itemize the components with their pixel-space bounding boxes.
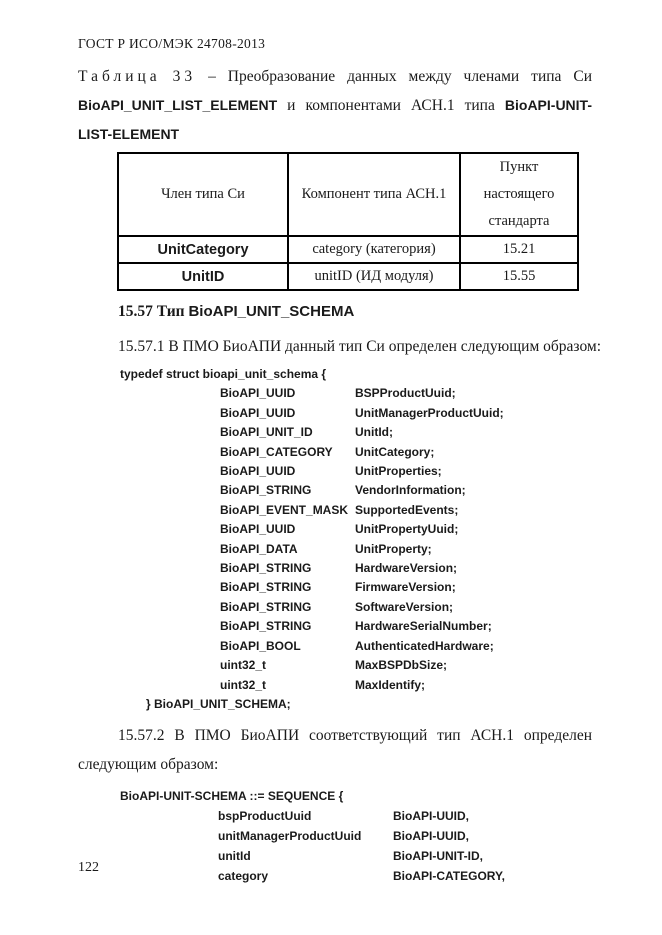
code-line-open: typedef struct bioapi_unit_schema { xyxy=(120,365,592,384)
code-line: BioAPI_UUIDUnitPropertyUuid; xyxy=(220,520,592,539)
code-type: BioAPI_UNIT_ID xyxy=(220,423,355,442)
conversion-table-wrap: Член типа Си Компонент типа АСН.1 Пункт … xyxy=(117,152,592,291)
code-member-name: UnitProperty; xyxy=(355,540,432,559)
code-type: uint32_t xyxy=(220,656,355,675)
table-header-member: Член типа Си xyxy=(118,153,288,236)
code-line: BioAPI_STRINGHardwareVersion; xyxy=(220,559,592,578)
caption-asn-type-name-part2: LIST-ELEMENT xyxy=(78,126,179,142)
code-member-name: AuthenticatedHardware; xyxy=(355,637,494,656)
code-member-name: UnitCategory; xyxy=(355,443,434,462)
code-member-name: SoftwareVersion; xyxy=(355,598,453,617)
code-line: BioAPI_STRINGHardwareSerialNumber; xyxy=(220,617,592,636)
table-row: UnitID unitID (ИД модуля) 15.55 xyxy=(118,263,578,290)
caption-dash: – xyxy=(208,68,216,85)
code-type: BioAPI_UUID xyxy=(220,404,355,423)
code-line: BioAPI_UUIDUnitManagerProductUuid; xyxy=(220,404,592,423)
code-type: BioAPI_STRING xyxy=(220,559,355,578)
cell-component: unitID (ИД модуля) xyxy=(288,263,460,290)
page-header: ГОСТ Р ИСО/МЭК 24708-2013 xyxy=(78,36,592,52)
code-line: categoryBioAPI-CATEGORY, xyxy=(218,866,592,886)
code-member-name: unitId xyxy=(218,846,393,866)
code-line: uint32_tMaxIdentify; xyxy=(220,676,592,695)
page-number: 122 xyxy=(78,860,99,876)
code-line: BioAPI_CATEGORYUnitCategory; xyxy=(220,443,592,462)
code-member-name: MaxBSPDbSize; xyxy=(355,656,447,675)
caption-c-type-name: BioAPI_UNIT_LIST_ELEMENT xyxy=(78,97,277,113)
caption-text: Преобразование данных между членами типа… xyxy=(228,68,592,85)
code-type: BioAPI_STRING xyxy=(220,617,355,636)
section-heading-type-name: BioAPI_UNIT_SCHEMA xyxy=(188,303,354,320)
code-type: BioAPI-UNIT-ID, xyxy=(393,846,483,866)
caption-line-3: LIST-ELEMENT xyxy=(78,120,592,149)
code-member-name: category xyxy=(218,866,393,886)
code-member-name: UnitManagerProductUuid; xyxy=(355,404,504,423)
caption-line-2: BioAPI_UNIT_LIST_ELEMENT и компонентами … xyxy=(78,91,592,120)
code-member-name: UnitProperties; xyxy=(355,462,442,481)
caption-line-1: Таблица 33 – Преобразование данных между… xyxy=(78,63,592,91)
code-type: BioAPI-UUID, xyxy=(393,826,469,846)
code-type: BioAPI_BOOL xyxy=(220,637,355,656)
code-member-name: UnitPropertyUuid; xyxy=(355,520,458,539)
document-page: ГОСТ Р ИСО/МЭК 24708-2013 Таблица 33 – П… xyxy=(0,0,662,935)
cell-component: category (категория) xyxy=(288,236,460,263)
table-header-row: Член типа Си Компонент типа АСН.1 Пункт … xyxy=(118,153,578,236)
code-type: BioAPI_CATEGORY xyxy=(220,443,355,462)
cell-clause: 15.55 xyxy=(460,263,578,290)
code-type: BioAPI_DATA xyxy=(220,540,355,559)
code-line: BioAPI_EVENT_MASKSupportedEvents; xyxy=(220,501,592,520)
code-line-close: } BioAPI_UNIT_SCHEMA; xyxy=(146,695,592,714)
code-line: BioAPI_UUIDBSPProductUuid; xyxy=(220,384,592,403)
table-row: UnitCategory category (категория) 15.21 xyxy=(118,236,578,263)
code-type: BioAPI-UUID, xyxy=(393,806,469,826)
code-member-name: HardwareVersion; xyxy=(355,559,457,578)
code-type: BioAPI-CATEGORY, xyxy=(393,866,505,886)
code-line: unitIdBioAPI-UNIT-ID, xyxy=(218,846,592,866)
code-type: BioAPI_STRING xyxy=(220,598,355,617)
c-struct-code-block: typedef struct bioapi_unit_schema { BioA… xyxy=(120,365,592,714)
cell-clause: 15.21 xyxy=(460,236,578,263)
cell-member: UnitID xyxy=(118,263,288,290)
code-type: BioAPI_UUID xyxy=(220,520,355,539)
code-type: BioAPI_UUID xyxy=(220,462,355,481)
section-heading-number: 15.57 Тип xyxy=(118,303,188,320)
table-header-component: Компонент типа АСН.1 xyxy=(288,153,460,236)
caption-text-mid: и компонентами АСН.1 типа xyxy=(287,97,495,114)
cell-member: UnitCategory xyxy=(118,236,288,263)
caption-word-table: Таблица xyxy=(78,68,161,85)
paragraph-15-57-1: 15.57.1 В ПМО БиоАПИ данный тип Си опред… xyxy=(78,333,592,361)
asn1-code-block: BioAPI-UNIT-SCHEMA ::= SEQUENCE { bspPro… xyxy=(120,786,592,886)
code-line: BioAPI_UNIT_IDUnitId; xyxy=(220,423,592,442)
conversion-table: Член типа Си Компонент типа АСН.1 Пункт … xyxy=(117,152,579,291)
code-member-name: MaxIdentify; xyxy=(355,676,425,695)
code-line-open: BioAPI-UNIT-SCHEMA ::= SEQUENCE { xyxy=(120,786,592,806)
code-member-name: SupportedEvents; xyxy=(355,501,458,520)
code-line: BioAPI_DATAUnitProperty; xyxy=(220,540,592,559)
code-type: BioAPI_EVENT_MASK xyxy=(220,501,355,520)
code-line: unitManagerProductUuidBioAPI-UUID, xyxy=(218,826,592,846)
section-heading: 15.57 Тип BioAPI_UNIT_SCHEMA xyxy=(118,303,592,321)
caption-table-number: 33 xyxy=(173,68,197,85)
paragraph-line: следующим образом: xyxy=(78,750,592,779)
code-type: BioAPI_STRING xyxy=(220,578,355,597)
code-type: uint32_t xyxy=(220,676,355,695)
caption-asn-type-name-part1: BioAPI-UNIT- xyxy=(505,97,592,113)
code-type: BioAPI_UUID xyxy=(220,384,355,403)
code-member-name: bspProductUuid xyxy=(218,806,393,826)
code-member-name: VendorInformation; xyxy=(355,481,466,500)
code-member-name: HardwareSerialNumber; xyxy=(355,617,492,636)
code-line: BioAPI_UUIDUnitProperties; xyxy=(220,462,592,481)
code-member-name: FirmwareVersion; xyxy=(355,578,456,597)
code-line: BioAPI_BOOLAuthenticatedHardware; xyxy=(220,637,592,656)
code-member-name: UnitId; xyxy=(355,423,393,442)
code-line: bspProductUuidBioAPI-UUID, xyxy=(218,806,592,826)
code-type: BioAPI_STRING xyxy=(220,481,355,500)
code-member-name: unitManagerProductUuid xyxy=(218,826,393,846)
table-header-clause: Пункт настоящего стандарта xyxy=(460,153,578,236)
code-line: BioAPI_STRINGSoftwareVersion; xyxy=(220,598,592,617)
code-line: BioAPI_STRINGFirmwareVersion; xyxy=(220,578,592,597)
paragraph-line: 15.57.2 В ПМО БиоАПИ соответствующий тип… xyxy=(78,721,592,750)
table-caption: Таблица 33 – Преобразование данных между… xyxy=(78,63,592,149)
code-line: uint32_tMaxBSPDbSize; xyxy=(220,656,592,675)
paragraph-15-57-2: 15.57.2 В ПМО БиоАПИ соответствующий тип… xyxy=(78,721,592,779)
code-member-name: BSPProductUuid; xyxy=(355,384,456,403)
code-line: BioAPI_STRINGVendorInformation; xyxy=(220,481,592,500)
